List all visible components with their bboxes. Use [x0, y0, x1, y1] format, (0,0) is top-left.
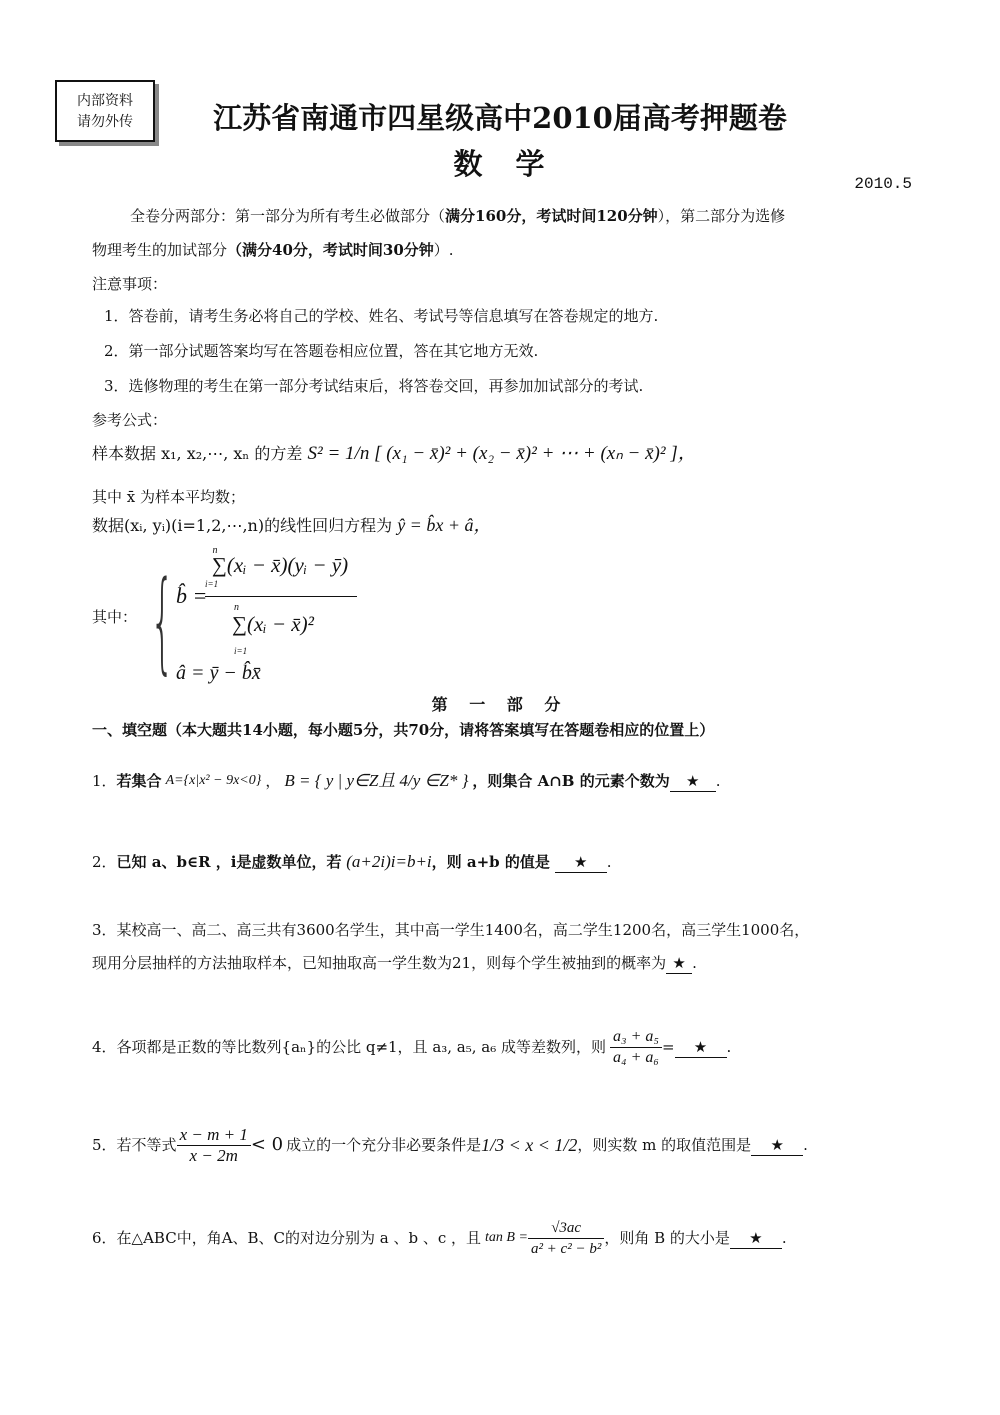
fraction-numerator: x − m + 1 [177, 1125, 251, 1146]
regression-line: 数据(xᵢ, yᵢ)(i=1,2,⋯,n)的线性回归方程为 ŷ = b̂x + … [92, 515, 491, 536]
question-number: 6． [92, 1228, 117, 1248]
question-text: ，则集合 A∩B 的元素个数为 [472, 771, 669, 791]
regression-label: 数据(xᵢ, yᵢ)(i=1,2,⋯,n)的线性回归方程为 [92, 516, 392, 535]
b-hat-lhs: b̂ = [176, 583, 207, 609]
question-text: ，则角 B 的大小是 [604, 1228, 730, 1248]
answer-blank[interactable]: ★ [730, 1228, 782, 1249]
question-text: 成立的一个充分非必要条件是 [286, 1135, 481, 1155]
note-item: 3．选修物理的考生在第一部分考试结束后，将答卷交回，再参加加试部分的考试. [104, 376, 643, 396]
question-number: 4． [92, 1037, 117, 1057]
condition-expr: 1/3 < x < 1/2 [481, 1135, 577, 1155]
question-text: 某校高一、高二、高三共有3600名学生，其中高一学生1400名，高二学生1200… [117, 921, 810, 939]
question-number: 5． [92, 1135, 117, 1155]
question-text: ， [265, 771, 280, 791]
sum-upper: n [234, 602, 239, 613]
period: . [803, 1135, 808, 1155]
question-3-line-1: 3．某校高一、高二、高三共有3600名学生，其中高一学生1400名，高二学生12… [92, 920, 809, 940]
period: . [727, 1037, 732, 1057]
period: . [716, 771, 721, 791]
set-a-expr: A={x|x² − 9x<0} [166, 771, 262, 791]
notes-heading: 注意事项： [92, 274, 167, 294]
b-hat-denominator: n ∑(xᵢ − x̄)² i=1 [232, 612, 342, 637]
fraction-numerator: a₃ + a₅ [610, 1027, 662, 1048]
intro-text: ），第二部分为选修 [658, 207, 786, 225]
intro-bold: 满分160分，考试时间120分钟 [445, 207, 658, 225]
exam-title: 江苏省南通市四星级高中2010届高考押题卷 [0, 96, 1000, 137]
where-label: 其中： [92, 607, 137, 627]
denominator-expr: ∑(xᵢ − x̄)² [232, 612, 314, 636]
mean-note: 其中 x̄ 为样本平均数； [92, 487, 245, 507]
intro-bold: （满分40分，考试时间30分钟 [227, 241, 434, 259]
note-item: 2．第一部分试题答案均写在答题卷相应位置，答在其它地方无效. [104, 341, 538, 361]
question-text: 在△ABC中，角A、B、C的对边分别为 a 、b 、c ，且 [117, 1228, 482, 1248]
fraction-numerator: √3ac [528, 1218, 604, 1239]
question-text: 现用分层抽样的方法抽取样本，已知抽取高一学生数为21，则每个学生被抽到的概率为 [92, 954, 666, 972]
question-text: 已知 a、b∈R ，i是虚数单位，若 [117, 853, 342, 871]
answer-blank[interactable]: ★ [670, 771, 716, 792]
intro-line-1: 全卷分两部分：第一部分为所有考生必做部分（满分160分，考试时间120分钟），第… [130, 206, 785, 226]
part-heading: 一、填空题（本大题共14小题，每小题5分，共70分，请将答案填写在答题卷相应的位… [92, 720, 714, 740]
question-number: 3． [92, 921, 117, 939]
question-text: ，则实数 m 的取值范围是 [577, 1135, 751, 1155]
inequality-sign: < 0 [251, 1135, 283, 1155]
intro-line-2: 物理考生的加试部分（满分40分，考试时间30分钟）. [92, 240, 454, 260]
fraction-denominator: x − 2m [177, 1146, 251, 1166]
regression-expression: ŷ = b̂x + â， [397, 515, 491, 535]
question-1: 1． 若集合 A={x|x² − 9x<0} ， B = { y | y∈Z且 … [92, 756, 721, 806]
tan-fraction: √3ac a² + c² − b² [528, 1218, 604, 1259]
variance-expression: S² = 1/n [ (x₁ − x̄)² + (x₂ − x̄)² + ⋯ +… [308, 443, 697, 464]
exam-title-text: 江苏省南通市四星级高中2010届高考押题卷 [213, 101, 787, 135]
question-3-line-2: 现用分层抽样的方法抽取样本，已知抽取高一学生数为21，则每个学生被抽到的概率为★… [92, 953, 697, 974]
sum-lower: i=1 [234, 646, 247, 656]
equals-sign: = [662, 1037, 675, 1057]
variance-label: 样本数据 x₁, x₂,⋯, xₙ 的方差 [92, 444, 302, 463]
complex-expr: (a+2i)i=b+i [346, 852, 431, 871]
subject-title: 数 学 [0, 142, 1000, 183]
intro-text: 全卷分两部分：第一部分为所有考生必做部分（ [130, 207, 445, 225]
question-5: 5． 若不等式 x − m + 1 x − 2m < 0 成立的一个充分非必要条… [92, 1120, 808, 1170]
section-title: 第 一 部 分 [0, 692, 1000, 715]
left-brace-icon: { [150, 566, 175, 676]
intro-text: ）. [434, 241, 454, 259]
question-number: 2． [92, 853, 117, 871]
question-text: 若集合 [117, 771, 162, 791]
question-text: 各项都是正数的等比数列{aₙ}的公比 q≠1，且 a₃, a₅, a₆ 成等差数… [117, 1037, 606, 1057]
question-4: 4． 各项都是正数的等比数列{aₙ}的公比 q≠1，且 a₃, a₅, a₆ 成… [92, 1022, 731, 1072]
fraction-denominator: a² + c² − b² [528, 1239, 604, 1259]
question-number: 1． [92, 771, 117, 791]
formulas-heading: 参考公式： [92, 410, 167, 430]
answer-blank[interactable]: ★ [555, 852, 607, 873]
note-item: 1．答卷前，请考生务必将自己的学校、姓名、考试号等信息填写在答卷规定的地方. [104, 306, 658, 326]
period: . [782, 1228, 787, 1248]
a-hat-formula: â = ȳ − b̂x̄ [176, 662, 261, 685]
question-6: 6． 在△ABC中，角A、B、C的对边分别为 a 、b 、c ，且 tan B … [92, 1213, 787, 1263]
ratio-fraction: a₃ + a₅ a₄ + a₆ [610, 1027, 662, 1068]
fraction-denominator: a₄ + a₆ [610, 1048, 662, 1068]
question-text: 若不等式 [117, 1135, 177, 1155]
question-2: 2．已知 a、b∈R ，i是虚数单位，若 (a+2i)i=b+i，则 a+b 的… [92, 852, 611, 873]
tan-expr: tan B = [485, 1228, 528, 1248]
answer-blank[interactable]: ★ [675, 1037, 727, 1058]
sum-upper: n [205, 545, 225, 556]
period: . [692, 954, 697, 972]
question-text: ，则 a+b 的值是 [432, 853, 550, 871]
intro-text: 物理考生的加试部分 [92, 241, 227, 259]
inequality-fraction: x − m + 1 x − 2m [177, 1125, 251, 1166]
sum-lower: i=1 [205, 579, 218, 589]
exam-date: 2010.5 [854, 175, 912, 193]
answer-blank[interactable]: ★ [666, 953, 692, 974]
set-b-expr: B = { y | y∈Z且 4/y ∈Z* } [284, 771, 468, 791]
variance-formula: 样本数据 x₁, x₂,⋯, xₙ 的方差 S² = 1/n [ (x₁ − x… [92, 444, 697, 464]
answer-blank[interactable]: ★ [751, 1135, 803, 1156]
fraction-bar [205, 596, 357, 597]
b-hat-numerator: n ∑(xᵢ − x̄)(yᵢ − ȳ) i=1 [205, 553, 355, 578]
period: . [607, 853, 612, 871]
numerator-expr: ∑(xᵢ − x̄)(yᵢ − ȳ) [212, 553, 348, 577]
